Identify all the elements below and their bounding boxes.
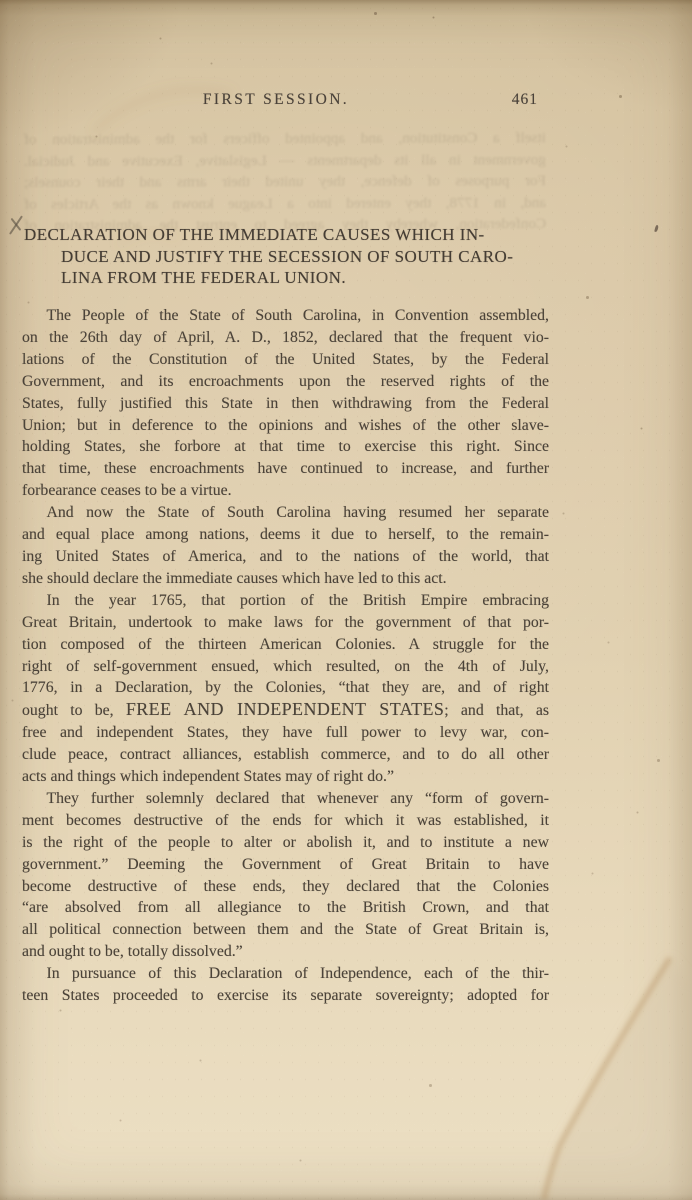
text-line: In the year 1765, that portion of the Br… xyxy=(22,590,549,612)
bleed-through-line: government in all its departments — Legi… xyxy=(24,149,546,172)
bleed-through-line: itself a Constitution, and appointed off… xyxy=(24,127,546,150)
running-header: FIRST SESSION. 461 xyxy=(22,91,550,109)
paragraph: And now the State of South Carolina havi… xyxy=(22,502,549,590)
text-line: States, fully justified this State in th… xyxy=(22,393,549,415)
text-line: Union; but in deference to the opinions … xyxy=(22,415,549,437)
text-line: Great Britain, undertook to make laws fo… xyxy=(22,612,549,634)
text-line: Government, and its encroachments upon t… xyxy=(22,371,549,393)
title-line: LINA FROM THE FEDERAL UNION. xyxy=(24,267,564,289)
text-line: tion composed of the thirteen American C… xyxy=(22,634,549,656)
paragraph: In the year 1765, that portion of the Br… xyxy=(22,590,549,788)
document-title: DECLARATION OF THE IMMEDIATE CAUSES WHIC… xyxy=(24,224,564,289)
water-stain-edge xyxy=(544,958,670,1200)
title-line: DECLARATION OF THE IMMEDIATE CAUSES WHIC… xyxy=(24,224,564,246)
text-line: right of self-government ensued, which r… xyxy=(22,656,549,678)
paragraph: They further solemnly declared that when… xyxy=(22,788,549,963)
text-line: ought to be, FREE AND INDEPENDENT STATES… xyxy=(22,699,549,722)
running-title: FIRST SESSION. xyxy=(12,91,540,109)
text-line: all political connection between them an… xyxy=(22,919,549,941)
text-line: 1776, in a Declaration, by the Colonies,… xyxy=(22,677,549,699)
text-line: and ought to be, totally dissolved.” xyxy=(22,941,549,963)
text-line: become destructive of these ends, they d… xyxy=(22,876,549,898)
paragraph: The People of the State of South Carolin… xyxy=(22,305,549,502)
paragraph: In pursuance of this Declaration of Inde… xyxy=(22,963,549,1007)
text-line: clude peace, contract alliances, establi… xyxy=(22,744,549,766)
emphasized-caps-text: FREE AND INDEPENDENT STATES xyxy=(126,699,444,719)
text-line: forbearance ceases to be a virtue. xyxy=(22,480,549,502)
text-line: free and independent States, they have f… xyxy=(22,722,549,744)
text-line: she should declare the immediate causes … xyxy=(22,568,549,590)
text-line: and equal place among nations, deems it … xyxy=(22,524,549,546)
text-line: that time, these encroachments have cont… xyxy=(22,458,549,480)
text-line: They further solemnly declared that when… xyxy=(22,788,549,810)
text-segment: ought to be, xyxy=(22,702,126,719)
text-line: holding States, she forbore at that time… xyxy=(22,436,549,458)
body-text: The People of the State of South Carolin… xyxy=(22,305,549,1007)
text-line: “are absolved from all allegiance to the… xyxy=(22,897,549,919)
page-number: 461 xyxy=(512,91,538,109)
bleed-through-line: and, in 1778, they entered into a League… xyxy=(24,192,546,215)
text-line: ment becomes destructive of the ends for… xyxy=(22,810,549,832)
scanned-book-page: itself a Constitution, and appointed off… xyxy=(0,0,692,1200)
text-line: The People of the State of South Carolin… xyxy=(22,305,549,327)
text-line: on the 26th day of April, A. D., 1852, d… xyxy=(22,327,549,349)
text-line: And now the State of South Carolina havi… xyxy=(22,502,549,524)
paper-specks xyxy=(0,0,1,1)
text-line: acts and things which independent States… xyxy=(22,766,549,788)
text-line: In pursuance of this Declaration of Inde… xyxy=(22,963,549,985)
text-segment: ; and that, as xyxy=(444,702,549,719)
text-line: lations of the Constitution of the Unite… xyxy=(22,349,549,371)
text-line: ing United States of America, and to the… xyxy=(22,546,549,568)
ink-speck xyxy=(654,225,659,233)
text-line: teen States proceeded to exercise its se… xyxy=(22,985,549,1007)
text-line: is the right of the people to alter or a… xyxy=(22,832,549,854)
bleed-through-text: itself a Constitution, and appointed off… xyxy=(24,127,546,237)
water-stain-fill xyxy=(544,958,692,1200)
pencil-x-mark xyxy=(7,214,25,236)
text-line: government.” Deeming the Government of G… xyxy=(22,854,549,876)
title-line: DUCE AND JUSTIFY THE SECESSION OF SOUTH … xyxy=(24,246,564,268)
bleed-through-line: For purposes of defence, they united the… xyxy=(24,170,546,193)
